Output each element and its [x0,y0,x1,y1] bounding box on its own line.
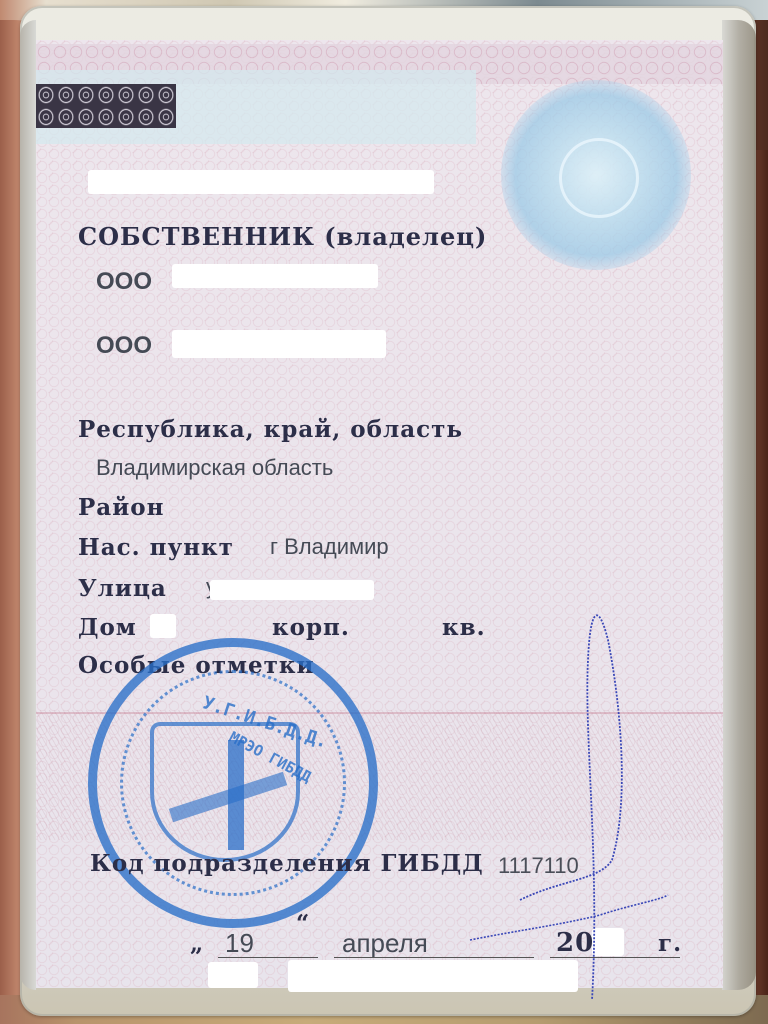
redacted-street [210,580,374,600]
date-day: 19 [225,928,254,959]
redacted-certificate-number [88,170,434,194]
street-label: Улица [78,575,167,602]
date-year-prefix: 20 [556,928,594,958]
locality-label: Нас. пункт [78,534,234,561]
owner-line-2-prefix: ООО [96,332,152,360]
house-label: Дом [78,614,137,641]
ornament-pattern-icon [36,84,176,128]
owner-label: СОБСТВЕННИК (владелец) [78,222,487,251]
redacted-owner-line-1 [172,264,378,288]
sleeve-edge-right [722,20,756,990]
gibdd-code-label: Код подразделения ГИБДД [90,850,484,877]
date-day-underline [218,957,318,958]
hologram-emblem-icon [501,80,691,270]
apartment-label: кв. [442,614,486,641]
redacted-document-number [288,960,578,992]
date-close-quote: “ [296,910,310,937]
date-open-quote: „ [190,930,204,957]
redacted-year [592,928,624,956]
region-value: Владимирская область [96,455,333,481]
date-month: апреля [342,928,428,959]
redacted-series [208,962,258,988]
date-year-suffix: г. [658,930,682,957]
date-year-underline [550,957,680,958]
redacted-owner-line-2 [172,330,386,358]
region-label: Республика, край, область [78,416,463,443]
date-month-underline [334,957,534,958]
district-label: Район [78,494,164,521]
sleeve-edge-left [20,20,36,990]
owner-line-1-prefix: ООО [96,268,152,296]
gibdd-code-value: 1117110 [498,853,579,879]
building-label: корп. [272,614,350,641]
redacted-house-number [150,614,176,638]
locality-value: г Владимир [270,534,389,560]
